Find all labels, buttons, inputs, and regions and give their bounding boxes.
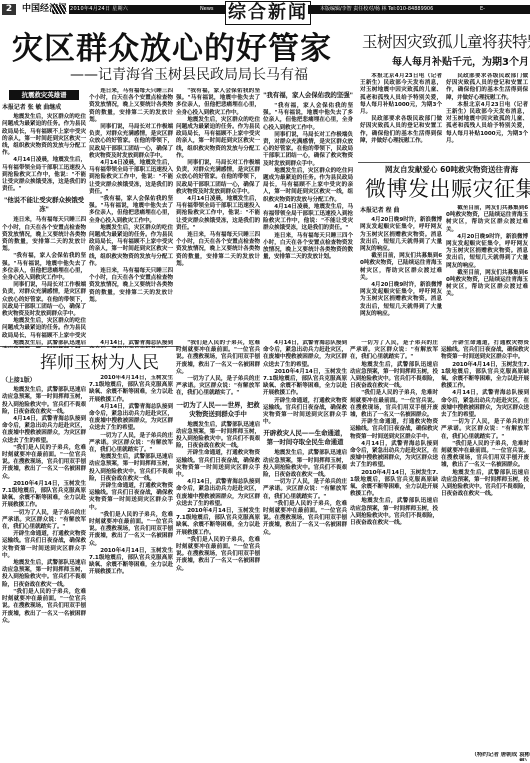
issue-date: 2010年4月24日 星期六 [70, 5, 128, 14]
main-story-col-3: "我有福，家人会保佑我的坚强。"马有福说，地震中他失去了多位亲人，但他把悲痛埋在… [176, 88, 260, 338]
paragraph: 4月14日，武警青海总队接到命令后，紧急出动兵力赶赴灾区，在废墟中搜救被困群众，… [441, 390, 529, 419]
paragraph: 一切为了人民，是子弟兵的庄严承诺。灾区群众说："有解放军在，我们心里就踏实了。" [350, 340, 438, 362]
main-story-col-2: 连日来，马有福每天只睡三四个小时，白天在各个安置点检查物资发放情况，晚上又要统计… [89, 88, 173, 338]
mid-story-col-2: 2010年4月14日，玉树发生7.1级地震后，部队官兵克服高原缺氧、余震不断等困… [89, 375, 173, 760]
right-story-2-col-2: 截至目前，网友们共募集到60吨救灾物资，已陆续运往青海玉树灾区，帮助灾区群众渡过… [446, 205, 528, 338]
paragraph: "我们是人民的子弟兵，危难时刻就要冲在最前面。"一位官兵说。在搜救现场，官兵们用… [2, 445, 86, 481]
paragraph: 地震发生后，武警部队迅速启动应急预案，第一时间挥师玉树，投入到抢险救灾中。官兵们… [441, 470, 529, 499]
paragraph: 同事们说，马局长对工作极端负责，对群众充满感情，是灾区群众放心的好管家。在他的带… [89, 124, 173, 160]
paragraph: 地震发生后，武警部队迅速启动应急预案，第一时间挥师玉树，投入到抢险救灾中。官兵们… [89, 454, 173, 483]
right-story-1-headline: 玉树因灾致孤儿童将获特别关爱 [362, 32, 530, 52]
paragraph: "我有福，家人会保佑我的坚强。"马有福说，地震中他失去了多位亲人，但他把悲痛埋在… [2, 253, 86, 282]
paragraph: 4月14日，武警青海总队接到命令后，紧急出动兵力赶赴灾区，在废墟中搜救被困群众，… [176, 479, 260, 508]
credit-text: （特约记者 唐朝成 袁彬 摄） [471, 752, 530, 761]
right-story-1-subhead: 每人每月补贴千元，为期3个月 [392, 56, 529, 70]
right-story-1-col-2: 民政部要求各级民政部门做好因灾致孤人员的登记和安置工作，确保他们的基本生活得到保… [446, 73, 528, 161]
paragraph: 4月14日，武警青海总队接到命令后，紧急出动兵力赶赴灾区，在废墟中搜救被困群众，… [263, 340, 347, 369]
paragraph: 连日来，马有福每天只睡三四个小时，白天在各个安置点检查物资发放情况，晚上又要统计… [263, 233, 353, 262]
mid-story-col-3: "我们是人民的子弟兵，危难时刻就要冲在最前面。"一位官兵说。在搜救现场，官兵们用… [176, 340, 260, 760]
paragraph: 开辟生命通道，打通救灾物资运输线。官兵们日夜奋战，确保救灾物资第一时间送到灾区群… [176, 450, 260, 479]
paragraph: 截至目前，网友们共募集到60吨救灾物资，已陆续运往青海玉树灾区，帮助灾区群众渡过… [446, 270, 528, 299]
paragraph: "我们是人民的子弟兵，危难时刻就要冲在最前面。"一位官兵说。在搜救现场，官兵们用… [2, 589, 86, 625]
paragraph: 开辟生命通道，打通救灾物资运输线。官兵们日夜奋战，确保救灾物资第一时间送到灾区群… [263, 398, 347, 427]
paragraph: 地震发生后，武警部队迅速启动应急预案，第一时间挥师玉树，投入到抢险救灾中。官兵们… [2, 340, 86, 348]
contact-info: 本版编辑/李智 责任校对/杨 林 Tel:010-84889906 [320, 5, 433, 14]
paragraph: "我们是人民的子弟兵，危难时刻就要冲在最前面。"一位官兵说。在搜救现场，官兵们用… [263, 501, 347, 537]
paragraph: 4月14日凌晨，地震发生后，马有福带领全局干部职工迅速投入到抢险救灾工作中，他说… [2, 157, 86, 193]
paragraph: 2010年4月14日，玉树发生7.1级地震后，部队官兵克服高原缺氧、余震不断等困… [350, 470, 438, 499]
paragraph: 地震发生后，武警部队迅速启动应急预案，第一时间挥师玉树，投入到抢险救灾中。官兵们… [176, 422, 260, 451]
paragraph: 2010年4月14日，玉树发生7.1级地震后，部队官兵克服高原缺氧、余震不断等困… [441, 362, 529, 391]
paragraph: 4月14日，武警青海总队接到命令后，紧急出动兵力赶赴灾区，在废墟中搜救被困群众，… [350, 441, 438, 470]
mid-story-col-5: 一切为了人民，是子弟兵的庄严承诺。灾区群众说："有解放军在，我们心里就踏实了。"… [350, 340, 438, 760]
paragraph: 4月20日晚9时许，新浪微博网友发起赈灾征集令，呼吁网友为玉树灾区捐赠救灾物资。… [360, 217, 442, 253]
subheading: 一切为了人民——世界，把救灾物资送到群众手中 [176, 401, 260, 419]
page-number: 2 [2, 4, 16, 15]
paragraph: 一切为了人民，是子弟兵的庄严承诺。灾区群众说："有解放军在，我们心里就踏实了。" [263, 479, 347, 501]
paragraph: 2010年4月14日，玉树发生7.1级地震后，部队官兵克服高原缺氧、余震不断等困… [89, 548, 173, 577]
paragraph: 2010年4月14日，玉树发生7.1级地震后，部队官兵克服高原缺氧、余震不断等困… [263, 369, 347, 398]
paragraph: 地震发生后，武警部队迅速启动应急预案，第一时间挥师玉树，投入到抢险救灾中。官兵们… [350, 498, 438, 527]
paragraph: 地震发生后，武警部队迅速启动应急预案，第一时间挥师玉树，投入到抢险救灾中。官兵们… [2, 560, 86, 589]
paragraph: 截至目前，网友们共募集到60吨救灾物资，已陆续运往青海玉树灾区，帮助灾区群众渡过… [360, 253, 442, 282]
right-story-2-col-1: 本报记者 程 曲 4月20日晚9时许，新浪微博网友发起赈灾征集令，呼吁网友为玉树… [360, 205, 442, 338]
paragraph: 4月14日凌晨，地震发生后，马有福带领全局干部职工迅速投入到抢险救灾工作中，他说… [263, 204, 353, 233]
hatch-decoration [52, 5, 66, 14]
paragraph: 4月14日凌晨，地震发生后，马有福带领全局干部职工迅速投入到抢险救灾工作中，他说… [89, 160, 173, 196]
section-tag: 抗震救灾英雄谱 [9, 90, 80, 100]
mid-story-lead-strip: 地震发生后，武警部队迅速启动应急预案，第一时间挥师玉树，投入到抢险救灾中。官兵们… [2, 340, 86, 348]
byline: 本报记者 张 敏 曲继成 [2, 104, 86, 111]
main-story-col-4: "我有福，家人会保佑我的坚强" "我有福，家人会保佑我的坚强。"马有福说，地震中… [263, 88, 353, 338]
mid-story-col-4: 4月14日，武警青海总队接到命令后，紧急出动兵力赶赴灾区，在废墟中搜救被困群众，… [263, 340, 347, 760]
paragraph: 开辟生命通道，打通救灾物资运输线。官兵们日夜奋战，确保救灾物资第一时间送到灾区群… [2, 531, 86, 560]
paragraph: 截至目前，网友们共募集到60吨救灾物资，已陆续运往青海玉树灾区，帮助灾区群众渡过… [446, 205, 528, 234]
email-info: E-mail:zgzf@sohu.com [480, 5, 530, 23]
section-title: 综合新闻 [225, 1, 311, 25]
paragraph: 4月14日凌晨，地震发生后，马有福带领全局干部职工迅速投入到抢险救灾工作中，他说… [176, 196, 260, 232]
divider [358, 162, 530, 163]
paragraph: "我们是人民的子弟兵，危难时刻就要冲在最前面。"一位官兵说。在搜救现场，官兵们用… [350, 390, 438, 419]
paragraph: 地震发生后，灾区群众的吃住问题成为最紧迫的任务。作为县民政局局长，马有福顾不上家… [89, 225, 173, 268]
right-story-2-headline: 微博发出赈灾征集令 [365, 176, 530, 202]
paragraph: "我有福，家人会保佑我的坚强。"马有福说，地震中他失去了多位亲人，但他把悲痛埋在… [89, 196, 173, 225]
paragraph: 同事们说，马局长对工作极端负责，对群众充满感情，是灾区群众放心的好管家。在他的带… [176, 160, 260, 196]
paragraph: 一切为了人民，是子弟兵的庄严承诺。灾区群众说："有解放军在，我们心里就踏实了。" [89, 433, 173, 455]
news-label: News [200, 5, 214, 14]
paragraph: "我们是人民的子弟兵，危难时刻就要冲在最前面。"一位官兵说。在搜救现场，官兵们用… [89, 512, 173, 548]
mid-story-col-6: 开辟生命通道，打通救灾物资运输线。官兵们日夜奋战，确保救灾物资第一时间送到灾区群… [441, 340, 529, 750]
paragraph: 4月20日晚9时许，新浪微博网友发起赈灾征集令，呼吁网友为玉树灾区捐赠救灾物资。… [360, 282, 442, 318]
paragraph: 开辟生命通道，打通救灾物资运输线。官兵们日夜奋战，确保救灾物资第一时间送到灾区群… [89, 483, 173, 512]
paragraph: "我有福，家人会保佑我的坚强。"马有福说，地震中他失去了多位亲人，但他把悲痛埋在… [176, 88, 260, 117]
paragraph: 开辟生命通道，打通救灾物资运输线。官兵们日夜奋战，确保救灾物资第一时间送到灾区群… [441, 340, 529, 362]
paragraph: 连日来，马有福每天只睡三四个小时，白天在各个安置点检查物资发放情况，晚上又要统计… [2, 217, 86, 253]
paragraph: "我们是人民的子弟兵，危难时刻就要冲在最前面。"一位官兵说。在搜救现场，官兵们用… [176, 340, 260, 376]
subheading: "他说不能让受灾群众挨饿受冻" [2, 196, 86, 214]
paragraph: 2010年4月14日，玉树发生7.1级地震后，部队官兵克服高原缺氧、余震不断等困… [89, 375, 173, 404]
paragraph: 一切为了人民，是子弟兵的庄严承诺。灾区群众说："有解放军在，我们心里就踏实了。" [2, 510, 86, 532]
paragraph: 本报北京4月23日电（记者王新生）民政部今天发布消息，对玉树地震中因灾致孤的儿童… [446, 102, 528, 145]
paragraph: 连日来，马有福每天只睡三四个小时，白天在各个安置点检查物资发放情况，晚上又要统计… [89, 88, 173, 124]
paragraph: 连日来，马有福每天只睡三四个小时，白天在各个安置点检查物资发放情况，晚上又要统计… [176, 232, 260, 268]
paragraph: 一切为了人民，是子弟兵的庄严承诺。灾区群众说："有解放军在，我们心里就踏实了。" [441, 419, 529, 441]
masthead: 2 中国经济报 2010年4月24日 星期六 News 综合新闻 本版编辑/李智… [0, 0, 530, 26]
paragraph: 连日来，马有福每天只睡三四个小时，白天在各个安置点检查物资发放情况，晚上又要统计… [89, 268, 173, 304]
paragraph: 开辟生命通道，打通救灾物资运输线。官兵们日夜奋战，确保救灾物资第一时间送到灾区群… [350, 419, 438, 441]
paragraph: 4月14日，武警青海总队接到命令后，紧急出动兵力赶赴灾区，在废墟中搜救被困群众，… [89, 404, 173, 433]
paragraph: 地震发生后，武警部队迅速启动应急预案，第一时间挥师玉树，投入到抢险救灾中。官兵们… [350, 362, 438, 391]
paragraph: 2010年4月14日，玉树发生7.1级地震后，部队官兵克服高原缺氧、余震不断等困… [2, 481, 86, 510]
byline: 本报记者 程 曲 [360, 207, 442, 214]
subheading: "我有福，家人会保佑我的坚强" [263, 91, 353, 100]
paragraph: 4月14日，武警青海总队接到命令后，紧急出动兵力赶赴灾区，在废墟中搜救被困群众，… [89, 340, 173, 348]
main-subhead: ——记青海省玉树县民政局局长马有福 [70, 66, 308, 84]
paragraph: 民政部要求各级民政部门做好因灾致孤人员的登记和安置工作，确保他们的基本生活得到保… [360, 116, 442, 145]
paragraph: 4月14日，武警青海总队接到命令后，紧急出动兵力赶赴灾区，在废墟中搜救被困群众，… [2, 416, 86, 445]
paragraph: 地震发生后，灾区群众的吃住问题成为最紧迫的任务。作为县民政局局长，马有福顾不上家… [2, 318, 86, 338]
paragraph: "我们是人民的子弟兵，危难时刻就要冲在最前面。"一位官兵说。在搜救现场，官兵们用… [441, 441, 529, 470]
paragraph: 地震发生后，武警部队迅速启动应急预案，第一时间挥师玉树，投入到抢险救灾中。官兵们… [263, 450, 347, 479]
paragraph: 本报北京4月23日电（记者王新生）民政部今天发布消息，对玉树地震中因灾致孤的儿童… [360, 73, 442, 116]
paragraph: "我有福，家人会保佑我的坚强。"马有福说，地震中他失去了多位亲人，但他把悲痛埋在… [263, 103, 353, 132]
photo-credit: （特约记者 唐朝成 袁彬 摄） [470, 752, 530, 761]
paragraph: "我们是人民的子弟兵，危难时刻就要冲在最前面。"一位官兵说。在搜救现场，官兵们用… [176, 537, 260, 573]
paragraph: 同事们说，马局长对工作极端负责，对群众充满感情，是灾区群众放心的好管家。在他的带… [2, 282, 86, 318]
right-story-2-kicker: 网友自发献爱心 60吨救灾物资送往青海 [385, 165, 518, 175]
main-headline: 灾区群众放心的好管家 [12, 31, 357, 67]
paragraph: 地震发生后，灾区群众的吃住问题成为最紧迫的任务。作为县民政局局长，马有福顾不上家… [2, 114, 86, 157]
paragraph: 一切为了人民，是子弟兵的庄严承诺。灾区群众说："有解放军在，我们心里就踏实了。" [176, 376, 260, 398]
dateline: （上接1版） [2, 377, 86, 384]
mid-story-headline: 挥师玉树为人民 [40, 352, 159, 374]
paragraph: 地震发生后，灾区群众的吃住问题成为最紧迫的任务。作为县民政局局长，马有福顾不上家… [176, 117, 260, 160]
mid-story-lead-strip-2: 4月14日，武警青海总队接到命令后，紧急出动兵力赶赴灾区，在废墟中搜救被困群众，… [89, 340, 173, 348]
paragraph: 地震发生后，武警部队迅速启动应急预案，第一时间挥师玉树，投入到抢险救灾中。官兵们… [2, 387, 86, 416]
paragraph: 民政部要求各级民政部门做好因灾致孤人员的登记和安置工作，确保他们的基本生活得到保… [446, 73, 528, 102]
right-story-1-col-1: 本报北京4月23日电（记者王新生）民政部今天发布消息，对玉树地震中因灾致孤的儿童… [360, 73, 442, 161]
paragraph: 同事们说，马局长对工作极端负责，对群众充满感情，是灾区群众放心的好管家。在他的带… [263, 132, 353, 168]
paragraph: 地震发生后，灾区群众的吃住问题成为最紧迫的任务。作为县民政局局长，马有福顾不上家… [263, 168, 353, 204]
main-story-col-1: 抗震救灾英雄谱 本报记者 张 敏 曲继成 地震发生后，灾区群众的吃住问题成为最紧… [2, 88, 86, 338]
paragraph: 4月20日晚9时许，新浪微博网友发起赈灾征集令，呼吁网友为玉树灾区捐赠救灾物资。… [446, 234, 528, 270]
paragraph: 2010年4月14日，玉树发生7.1级地震后，部队官兵克服高原缺氧、余震不断等困… [176, 508, 260, 537]
mid-story-col-1: （上接1版） 地震发生后，武警部队迅速启动应急预案，第一时间挥师玉树，投入到抢险… [2, 375, 86, 760]
subheading: 开辟救灾人民——生命通道，第一时间夺取全民生命通道 [263, 429, 347, 447]
